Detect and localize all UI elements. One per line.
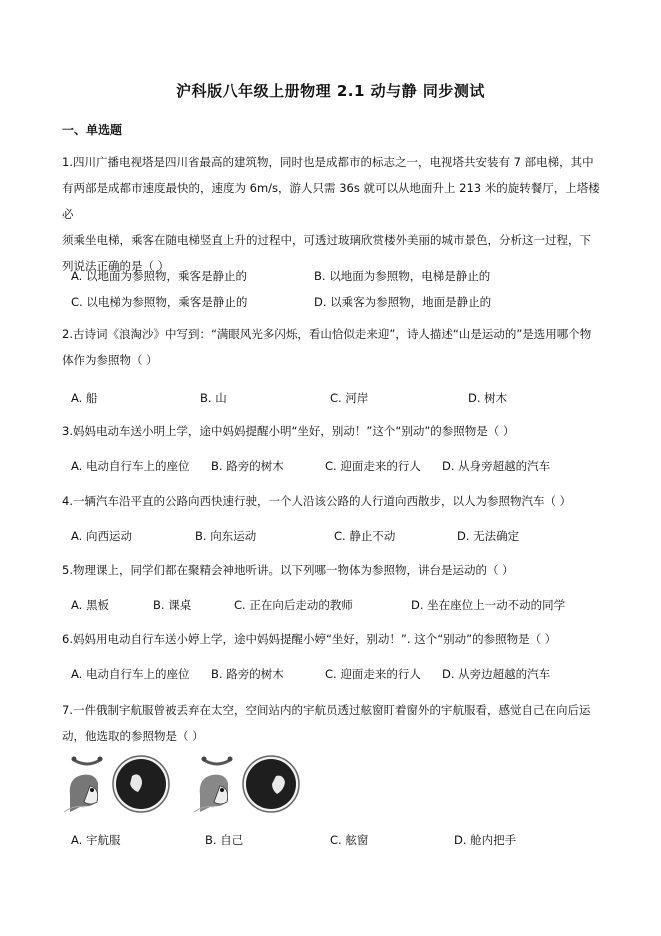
- option-a[interactable]: A. 电动自行车上的座位: [71, 666, 189, 682]
- option-d[interactable]: D. 从旁边超越的汽车: [442, 666, 550, 682]
- option-b[interactable]: B. 自己: [205, 832, 243, 848]
- option-a[interactable]: A. 船: [71, 390, 97, 406]
- section-heading: 一、单选题: [62, 121, 122, 138]
- option-c[interactable]: C. 舷窗: [330, 832, 368, 848]
- question-6: 6.妈妈用电动自行车送小婷上学，途中妈妈提醒小婷“坐好，别动！”. 这个“别动”…: [62, 626, 607, 652]
- question-6-options: A. 电动自行车上的座位 B. 路旁的树木 C. 迎面走来的行人 D. 从旁边超…: [71, 666, 611, 682]
- question-text-line: 6.妈妈用电动自行车送小婷上学，途中妈妈提醒小婷“坐好，别动！”. 这个“别动”…: [62, 626, 607, 652]
- option-c[interactable]: C. 河岸: [330, 390, 368, 406]
- question-text-line: 2.古诗词《浪淘沙》中写到：“满眼风光多闪烁，看山恰似走来迎”，诗人描述“山是运…: [62, 321, 607, 347]
- question-2-options: A. 船 B. 山 C. 河岸 D. 树木: [71, 390, 611, 406]
- option-a[interactable]: A. 电动自行车上的座位: [71, 458, 189, 474]
- question-3: 3.妈妈电动车送小明上学，途中妈妈提醒小明“坐好，别动！”这个“别动”的参照物是…: [62, 418, 607, 444]
- option-d[interactable]: D. 以乘客为参照物，地面是静止的: [314, 294, 491, 310]
- question-text-line: 体作为参照物（ ）: [62, 347, 607, 373]
- option-a[interactable]: A. 黑板: [71, 597, 109, 613]
- option-c[interactable]: C. 迎面走来的行人: [325, 458, 421, 474]
- option-b[interactable]: B. 山: [200, 390, 227, 406]
- option-c[interactable]: C. 正在向后走动的教师: [234, 597, 353, 613]
- question-3-options: A. 电动自行车上的座位 B. 路旁的树木 C. 迎面走来的行人 D. 从身旁超…: [71, 458, 611, 474]
- option-a[interactable]: A. 以地面为参照物，乘客是静止的: [71, 268, 247, 284]
- question-text-line: 3.妈妈电动车送小明上学，途中妈妈提醒小明“坐好，别动！”这个“别动”的参照物是…: [62, 418, 607, 444]
- question-text-line: 4.一辆汽车沿平直的公路向西快速行驶，一个人沿该公路的人行道向西散步，以人为参照…: [62, 488, 607, 514]
- astronaut-porthole-illustration-2: [192, 750, 302, 815]
- question-text-line: 须乘坐电梯，乘客在随电梯竖直上升的过程中，可透过玻璃欣赏楼外美丽的城市景色，分析…: [62, 227, 607, 253]
- question-1: 1.四川广播电视塔是四川省最高的建筑物，同时也是成都市的标志之一，电视塔共安装有…: [62, 149, 607, 279]
- question-5-options: A. 黑板 B. 课桌 C. 正在向后走动的教师 D. 坐在座位上一动不动的同学: [71, 597, 611, 613]
- question-4-options: A. 向西运动 B. 向东运动 C. 静止不动 D. 无法确定: [71, 528, 611, 544]
- option-b[interactable]: B. 以地面为参照物，电梯是静止的: [314, 268, 490, 284]
- question-1-options-row-2: C. 以电梯为参照物，乘客是静止的 D. 以乘客为参照物，地面是静止的: [71, 294, 611, 310]
- question-text-line: 1.四川广播电视塔是四川省最高的建筑物，同时也是成都市的标志之一，电视塔共安装有…: [62, 149, 607, 175]
- option-c[interactable]: C. 静止不动: [334, 528, 395, 544]
- option-d[interactable]: D. 无法确定: [457, 528, 519, 544]
- option-d[interactable]: D. 树木: [468, 390, 507, 406]
- option-b[interactable]: B. 路旁的树木: [211, 666, 284, 682]
- question-2: 2.古诗词《浪淘沙》中写到：“满眼风光多闪烁，看山恰似走来迎”，诗人描述“山是运…: [62, 321, 607, 373]
- option-b[interactable]: B. 路旁的树木: [211, 458, 284, 474]
- option-d[interactable]: D. 从身旁超越的汽车: [442, 458, 550, 474]
- option-a[interactable]: A. 向西运动: [71, 528, 132, 544]
- question-7-options: A. 宇航服 B. 自己 C. 舷窗 D. 舱内把手: [71, 832, 611, 848]
- question-5: 5.物理课上，同学们都在聚精会神地听讲。以下列哪一物体为参照物，讲台是运动的（ …: [62, 557, 607, 583]
- question-1-options-row-1: A. 以地面为参照物，乘客是静止的 B. 以地面为参照物，电梯是静止的: [71, 268, 611, 284]
- option-d[interactable]: D. 舱内把手: [454, 832, 516, 848]
- option-c[interactable]: C. 以电梯为参照物，乘客是静止的: [71, 294, 247, 310]
- option-d[interactable]: D. 坐在座位上一动不动的同学: [411, 597, 565, 613]
- question-text-line: 5.物理课上，同学们都在聚精会神地听讲。以下列哪一物体为参照物，讲台是运动的（ …: [62, 557, 607, 583]
- question-4: 4.一辆汽车沿平直的公路向西快速行驶，一个人沿该公路的人行道向西散步，以人为参照…: [62, 488, 607, 514]
- option-b[interactable]: B. 向东运动: [195, 528, 256, 544]
- option-c[interactable]: C. 迎面走来的行人: [325, 666, 421, 682]
- question-text-line: 7.一件俄制宇航服曾被丢弃在太空，空间站内的宇航员透过舷窗盯着窗外的宇航服看，感…: [62, 697, 607, 723]
- question-text-line: 有两部是成都市速度最快的，速度为 6m/s，游人只需 36s 就可以从地面升上 …: [62, 175, 607, 227]
- astronaut-porthole-illustration-1: [62, 750, 172, 815]
- question-7: 7.一件俄制宇航服曾被丢弃在太空，空间站内的宇航员透过舷窗盯着窗外的宇航服看，感…: [62, 697, 607, 749]
- option-b[interactable]: B. 课桌: [153, 597, 191, 613]
- document-title: 沪科版八年级上册物理 2.1 动与静 同步测试: [0, 80, 661, 101]
- option-a[interactable]: A. 宇航服: [71, 832, 120, 848]
- question-text-line: 动，他选取的参照物是（ ）: [62, 723, 607, 749]
